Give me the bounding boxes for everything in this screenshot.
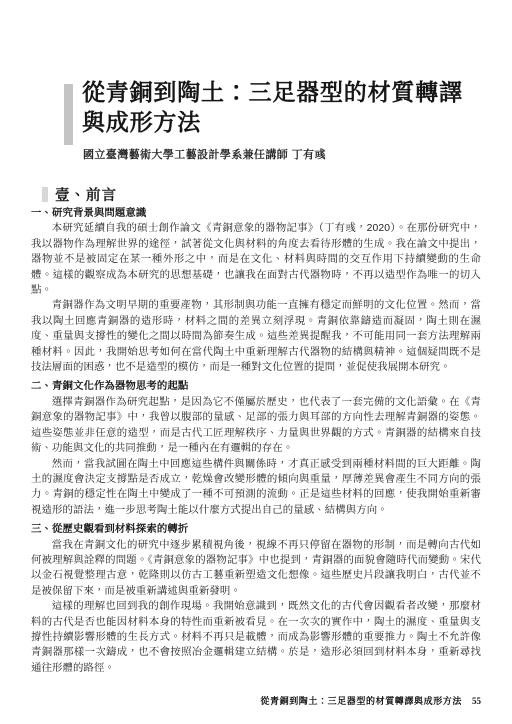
section-head: 壹、前言	[42, 184, 117, 205]
section-marker-bar	[42, 187, 48, 202]
subsection-3-paragraph-1: 當我在青銅文化的研究中逐步累積視角後，視線不再只停留在器物的形制，而是轉向古代如…	[31, 538, 481, 600]
author-line: 國立臺灣藝術大學工藝設計學系兼任講師 丁有彧	[83, 146, 326, 162]
subsection-1-heading: 一、研究背景與問題意識	[31, 206, 481, 221]
subsection-3-heading: 三、從歷史觀看到材料探索的轉折	[31, 518, 481, 537]
subsection-2-paragraph-1: 選擇青銅器作為研究起點，是因為它不僅屬於歷史，也代表了一套完備的文化語彙。在《青…	[31, 395, 481, 457]
body-text: 一、研究背景與問題意識 本研究延續自我的碩士創作論文《青銅意象的器物記事》（丁有…	[31, 206, 481, 676]
subsection-3-paragraph-2: 這樣的理解也回到我的創作現場。我開始意識到，既然文化的古代會因觀看者改變，那麼材…	[31, 599, 481, 676]
subsection-2-heading: 二、青銅文化作為器物思考的起點	[31, 375, 481, 394]
document-page: 從青銅到陶土：三足器型的材質轉譯 與成形方法 國立臺灣藝術大學工藝設計學系兼任講…	[0, 0, 512, 724]
page-title-line-1: 從青銅到陶土：三足器型的材質轉譯	[82, 77, 492, 107]
footer-page-number: 55	[472, 696, 481, 706]
subsection-2-paragraph-2: 然而，當我試圖在陶土中回應這些構件與關係時，才真正感受到兩種材料間的巨大距離。陶…	[31, 457, 481, 519]
page-title-line-2: 與成形方法	[82, 107, 492, 137]
page-title: 從青銅到陶土：三足器型的材質轉譯 與成形方法	[82, 77, 492, 137]
footer-running-title: 從青銅到陶土：三足器型的材質轉譯與成形方法	[260, 696, 462, 706]
subsection-1-paragraph-1: 本研究延續自我的碩士創作論文《青銅意象的器物記事》（丁有彧，2020）。在那份研…	[31, 221, 481, 298]
page-footer: 從青銅到陶土：三足器型的材質轉譯與成形方法55	[260, 694, 481, 707]
subsection-1-paragraph-2: 青銅器作為文明早期的重要產物，其形制與功能一直擁有穩定而鮮明的文化位置。然而，當…	[31, 298, 481, 375]
section-heading: 壹、前言	[55, 184, 117, 205]
title-accent-bar	[64, 84, 73, 145]
